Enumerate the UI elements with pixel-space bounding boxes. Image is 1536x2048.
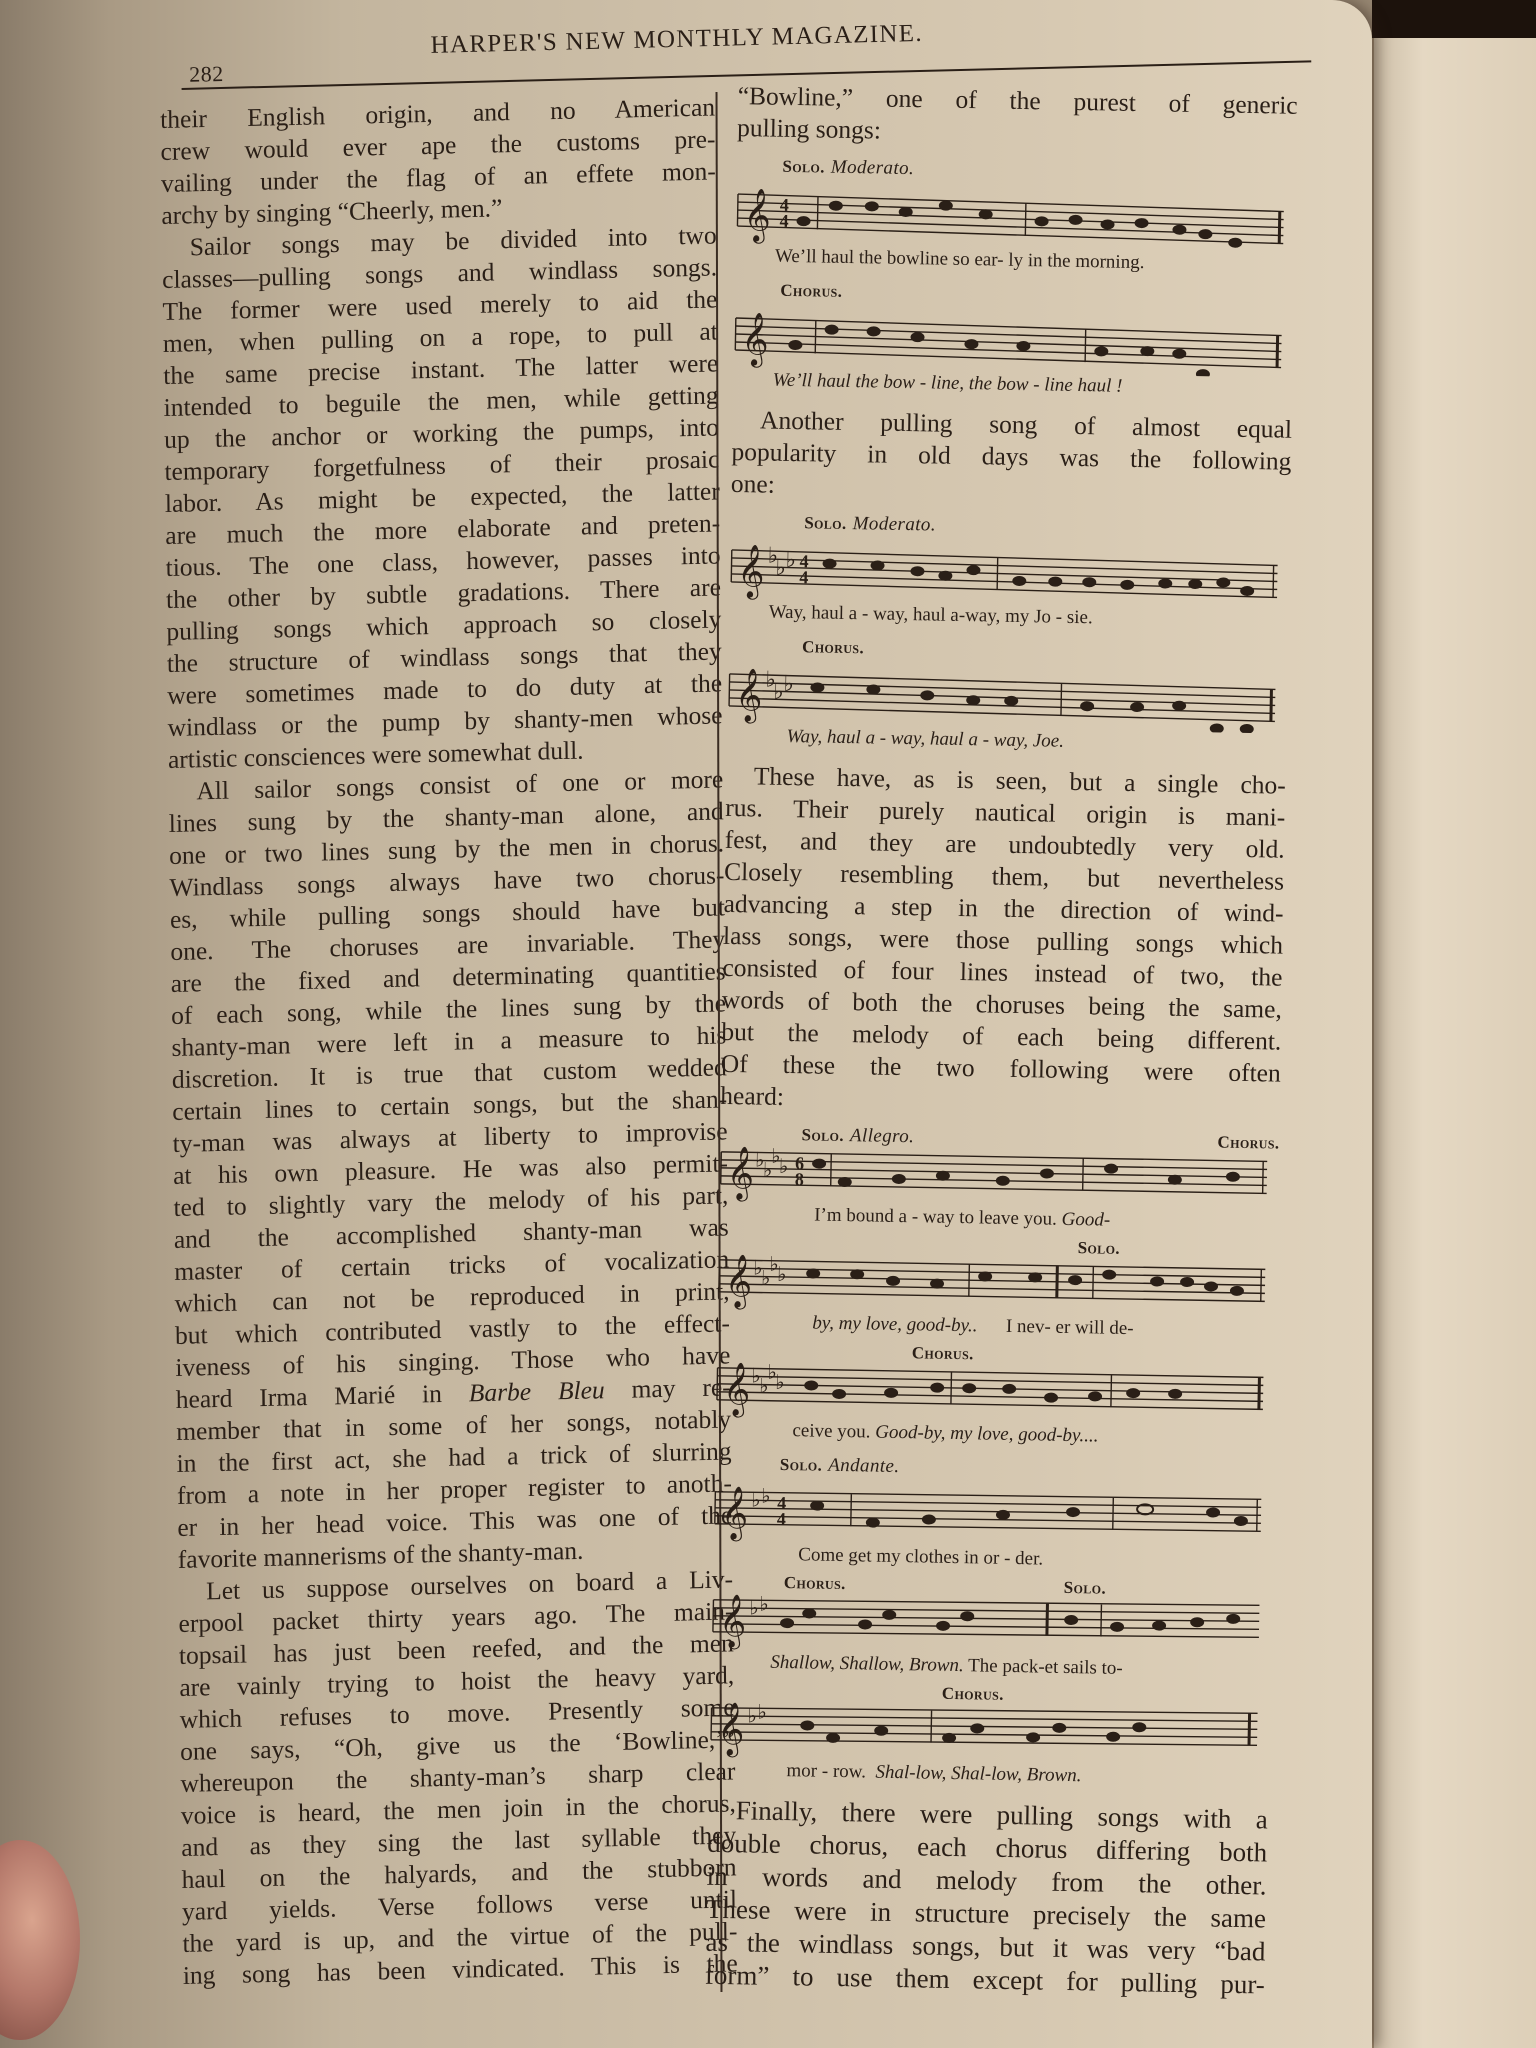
staff-notation-icon: 𝄞 4 4 bbox=[735, 182, 1296, 254]
background-shadow bbox=[1372, 0, 1536, 40]
staff-notation-icon: 𝄞 ♭ ♭ ♭ 4 4 bbox=[729, 538, 1290, 610]
page-number: 282 bbox=[189, 61, 224, 88]
music-staff: 𝄞 ♭ ♭ ♭ ♭ bbox=[715, 1356, 1276, 1428]
svg-text:♭: ♭ bbox=[773, 679, 784, 704]
left-column: their English origin, and no Americancre… bbox=[160, 91, 738, 1992]
svg-text:4: 4 bbox=[799, 567, 808, 587]
music-staff: 𝄞 4 4 bbox=[735, 182, 1296, 254]
paragraph: Another pulling song of almost equal pop… bbox=[731, 404, 1293, 510]
svg-text:♭: ♭ bbox=[777, 1264, 787, 1286]
svg-text:𝄞: 𝄞 bbox=[721, 1485, 749, 1541]
svg-text:♭: ♭ bbox=[751, 1489, 761, 1511]
tempo-marking: Andante. bbox=[828, 1455, 900, 1477]
staff-notation-icon: 𝄞 ♭ ♭ ♭ ♭ bbox=[715, 1356, 1276, 1428]
music-bowline: Solo.Moderato. 𝄞 4 4 bbox=[733, 150, 1297, 402]
staff-notation-icon: 𝄞 ♭ ♭ ♭ ♭ bbox=[717, 1248, 1278, 1320]
staff-notation-icon: 𝄞 ♭ ♭ ♭ bbox=[727, 662, 1288, 734]
music-way-haul-away: Solo.Moderato. 𝄞 ♭ ♭ ♭ 4 4 bbox=[726, 506, 1290, 758]
tempo-marking: Moderato. bbox=[852, 513, 936, 535]
svg-text:♭: ♭ bbox=[785, 547, 796, 572]
music-staff: 𝄞 ♭ ♭ ♭ ♭ 6 8 bbox=[718, 1140, 1279, 1212]
svg-text:♭: ♭ bbox=[775, 555, 786, 580]
svg-text:𝄞: 𝄞 bbox=[725, 1253, 753, 1309]
staff-notation-icon: 𝄞 ♭ ♭ 4 4 bbox=[712, 1480, 1273, 1552]
tempo-marking: Moderato. bbox=[831, 157, 915, 179]
music-staff: 𝄞 ♭ ♭ 4 4 bbox=[712, 1480, 1273, 1552]
svg-text:𝄞: 𝄞 bbox=[737, 543, 765, 599]
staff-notation-icon: 𝄞 ♭ ♭ bbox=[709, 1696, 1270, 1768]
svg-text:4: 4 bbox=[777, 1509, 786, 1529]
svg-text:♭: ♭ bbox=[759, 1594, 769, 1616]
music-staff: 𝄞 bbox=[733, 306, 1294, 378]
italic-title: Barbe Bleu bbox=[469, 1375, 605, 1407]
svg-text:♭: ♭ bbox=[775, 1372, 785, 1394]
running-head: HARPER'S NEW MONTHLY MAGAZINE. bbox=[430, 20, 923, 60]
svg-text:♭: ♭ bbox=[749, 1597, 759, 1619]
music-staff: 𝄞 ♭ ♭ ♭ 4 4 bbox=[729, 538, 1290, 610]
music-staff: 𝄞 ♭ ♭ bbox=[711, 1588, 1272, 1660]
svg-text:𝄞: 𝄞 bbox=[717, 1701, 745, 1757]
staff-notation-icon: 𝄞 ♭ ♭ ♭ ♭ 6 8 bbox=[718, 1140, 1279, 1212]
svg-text:8: 8 bbox=[795, 1169, 804, 1189]
svg-text:♭: ♭ bbox=[747, 1705, 757, 1727]
page-header: 282 HARPER'S NEW MONTHLY MAGAZINE. bbox=[180, 0, 1311, 84]
music-bound-away: Solo.Allegro. Chorus. 𝄞 ♭ ♭ ♭ ♭ bbox=[714, 1118, 1280, 1452]
svg-text:𝄞: 𝄞 bbox=[741, 311, 769, 367]
svg-text:𝄞: 𝄞 bbox=[726, 1145, 754, 1201]
svg-text:𝄞: 𝄞 bbox=[719, 1593, 747, 1649]
staff-notation-icon: 𝄞 bbox=[733, 306, 1294, 378]
book-page: 282 HARPER'S NEW MONTHLY MAGAZINE. their… bbox=[0, 0, 1372, 2048]
svg-text:𝄞: 𝄞 bbox=[735, 667, 763, 723]
svg-text:𝄞: 𝄞 bbox=[723, 1361, 751, 1417]
svg-text:♭: ♭ bbox=[761, 1486, 771, 1508]
intro-paragraph: “Bowline,” one of the purest of generic … bbox=[737, 80, 1298, 154]
music-staff: 𝄞 ♭ ♭ ♭ ♭ bbox=[717, 1248, 1278, 1320]
music-staff: 𝄞 ♭ ♭ ♭ bbox=[727, 662, 1288, 734]
paragraph: These have, as is seen, but a single cho… bbox=[720, 760, 1286, 1122]
paragraph: Finally, there were pulling songs with a… bbox=[705, 1794, 1268, 2002]
svg-text:4: 4 bbox=[779, 211, 788, 231]
music-staff: 𝄞 ♭ ♭ bbox=[709, 1696, 1270, 1768]
right-column: “Bowline,” one of the purest of generic … bbox=[705, 80, 1298, 2001]
staff-notation-icon: 𝄞 ♭ ♭ bbox=[711, 1588, 1272, 1660]
music-shallow-brown: Solo.Andante. 𝄞 ♭ ♭ 4 4 bbox=[708, 1448, 1274, 1792]
facing-page-edge bbox=[1372, 38, 1536, 2048]
svg-text:♭: ♭ bbox=[783, 671, 794, 696]
svg-text:♭: ♭ bbox=[757, 1702, 767, 1724]
svg-text:𝄞: 𝄞 bbox=[743, 187, 771, 243]
svg-text:♭: ♭ bbox=[779, 1156, 789, 1178]
